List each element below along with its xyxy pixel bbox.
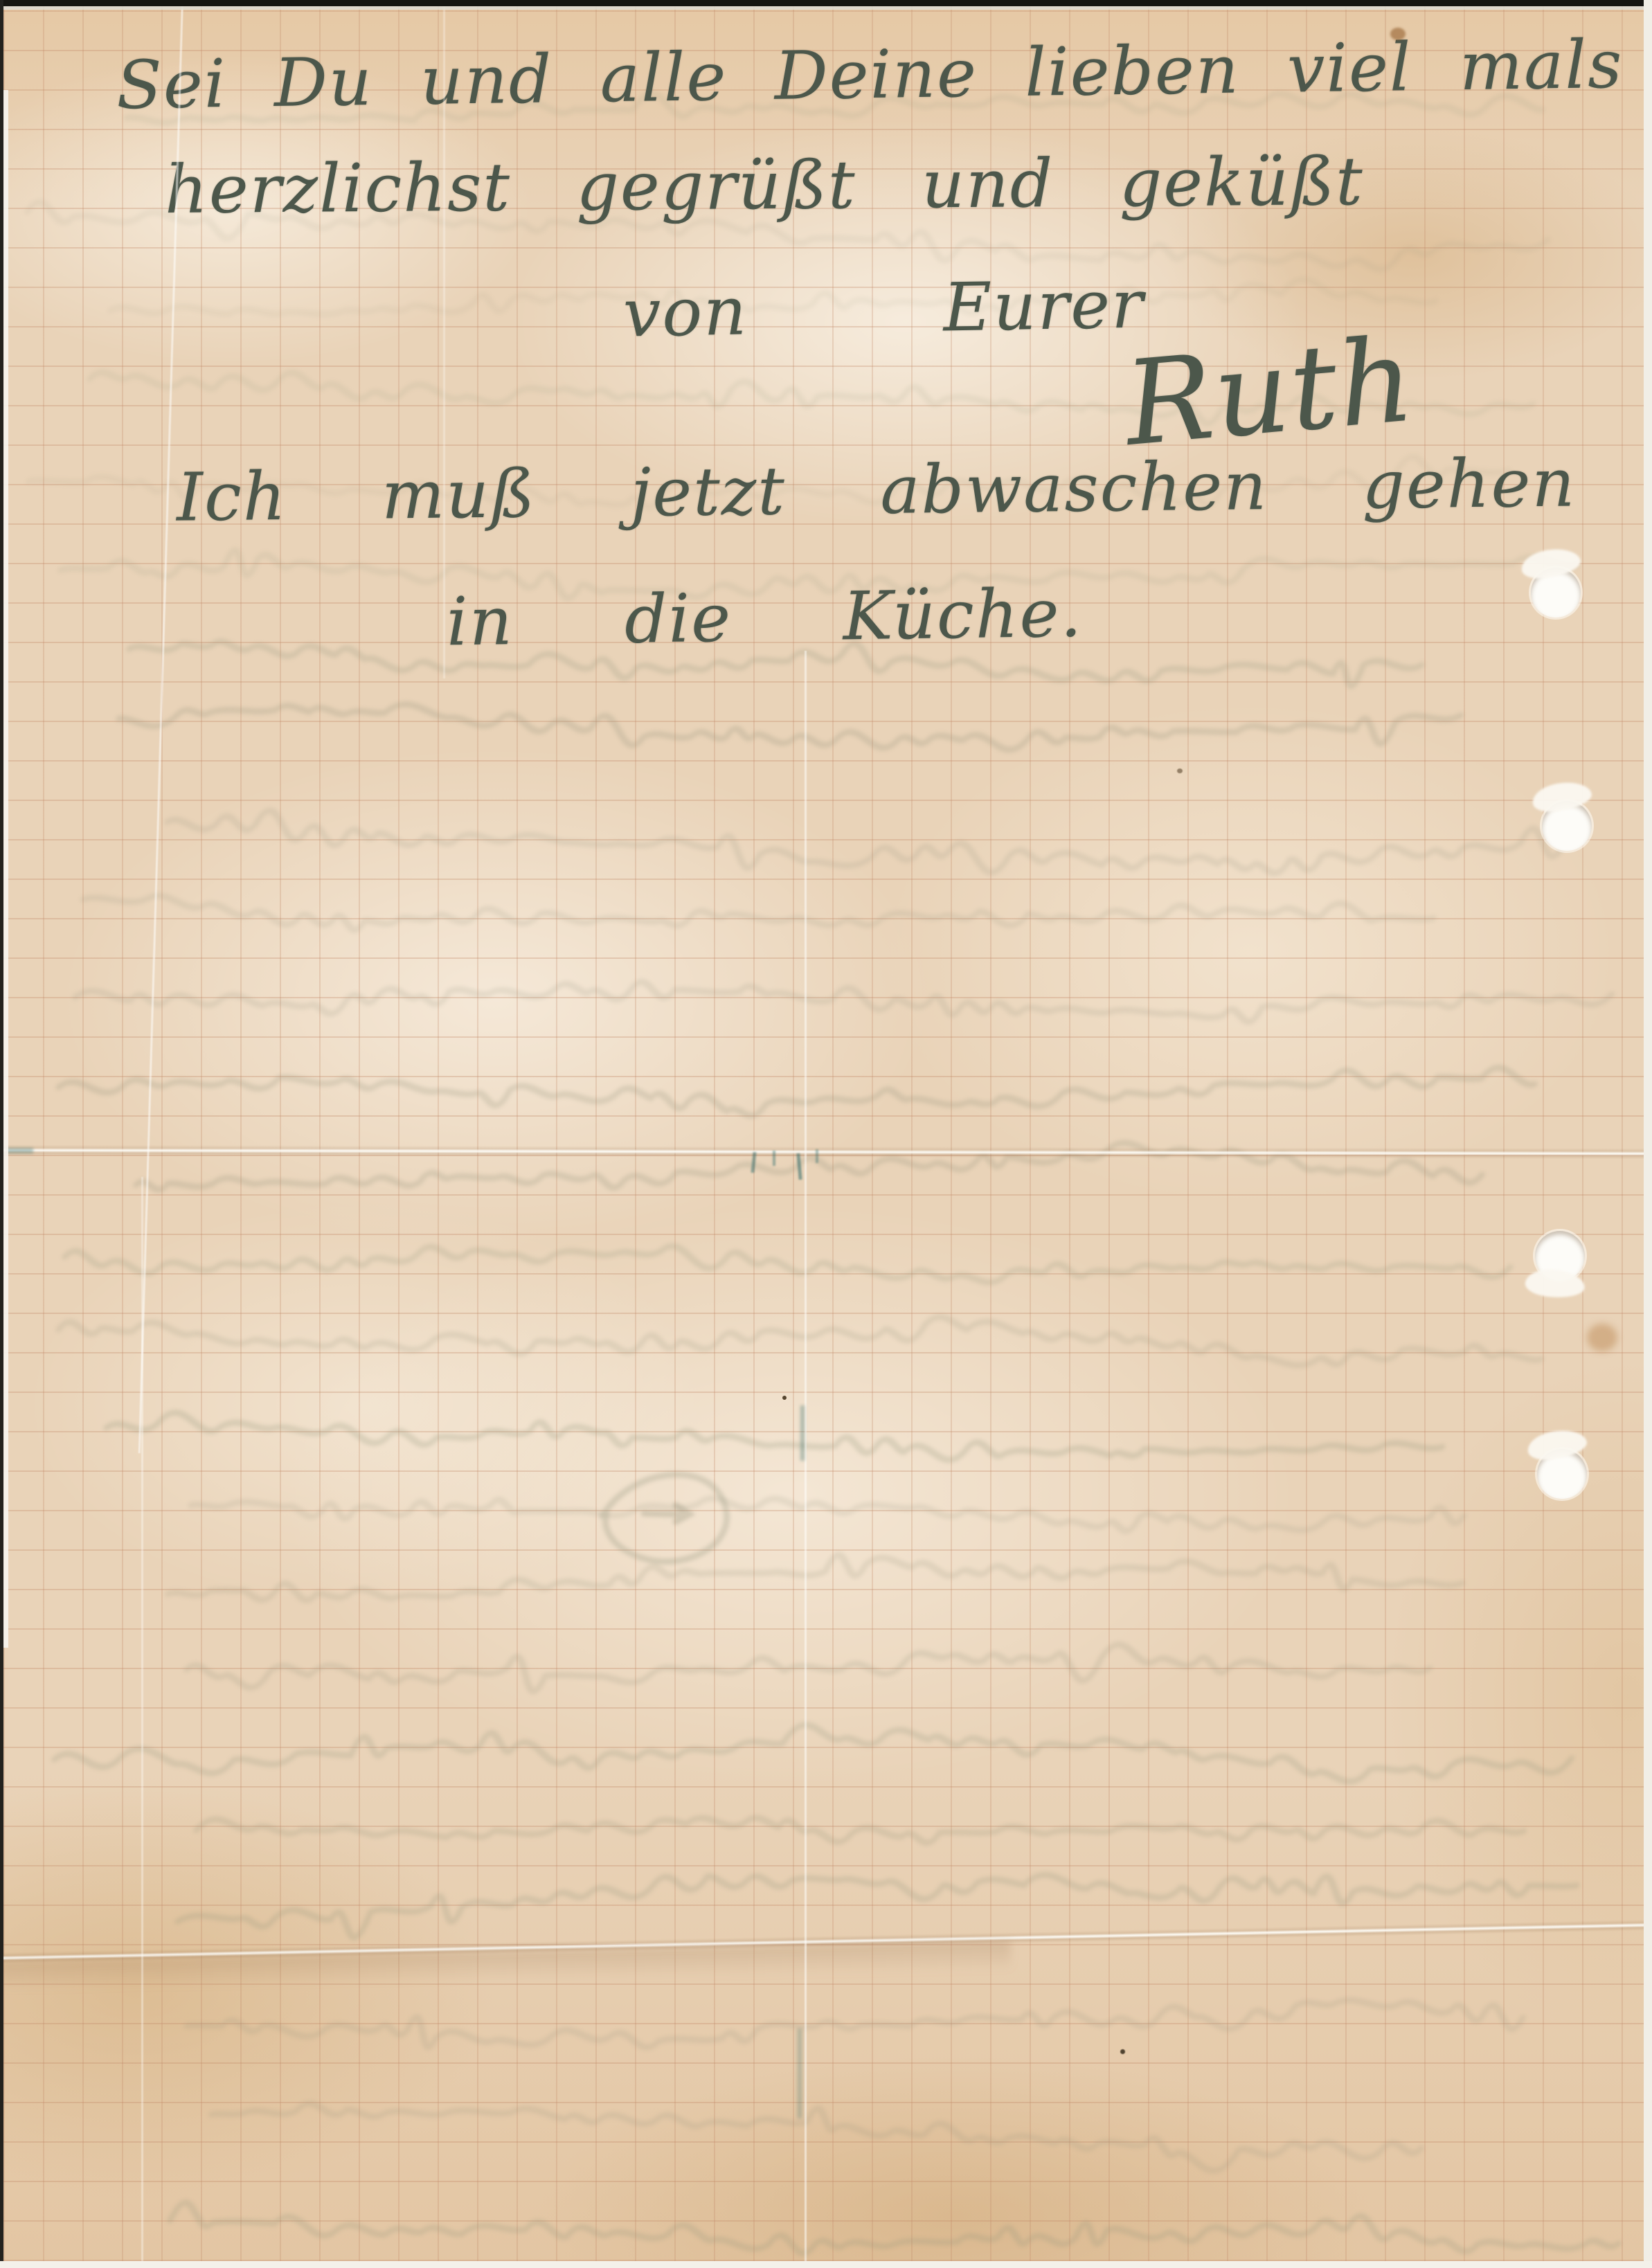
- teal-ink-smudge: [773, 1151, 775, 1166]
- teal-ink-smudge: [6, 1148, 33, 1153]
- scan-edge-bottom: [0, 2261, 1652, 2268]
- vertical-crease-left-lower: [141, 1177, 143, 2268]
- vertical-crease-top: [443, 0, 445, 678]
- punch-hole-2: [1542, 801, 1592, 851]
- teal-ink-smudge: [816, 1149, 818, 1163]
- scan-edge-top: [0, 0, 1652, 6]
- stain-spot: [1390, 28, 1406, 40]
- handwriting-line-5: in die Küche.: [446, 575, 1083, 661]
- scan-edge-top-highlight: [0, 6, 1652, 10]
- ink-speck: [782, 1396, 787, 1400]
- letter-scan: Sei Du und alle Deine lieben viel mals h…: [0, 0, 1652, 2268]
- ink-speck: [1120, 2049, 1125, 2054]
- ink-speck: [1177, 768, 1183, 773]
- handwriting-line-3: von Eurer: [622, 265, 1145, 352]
- scan-edge-right: [1644, 0, 1652, 2268]
- scan-edge-left-highlight: [3, 90, 8, 1648]
- vertical-crease-center: [805, 651, 807, 2268]
- teal-ink-smudge: [798, 2028, 802, 2118]
- stain-spot: [1587, 1324, 1617, 1351]
- punch-hole-1: [1531, 568, 1581, 618]
- punch-hole-3: [1535, 1231, 1585, 1281]
- teal-ink-smudge: [800, 1405, 805, 1461]
- punch-hole-4: [1537, 1449, 1587, 1499]
- handwriting-line-4: Ich muß jetzt abwaschen gehen: [176, 444, 1576, 536]
- handwriting-line-2: herzlichst gegrüßt und geküßt: [165, 143, 1364, 228]
